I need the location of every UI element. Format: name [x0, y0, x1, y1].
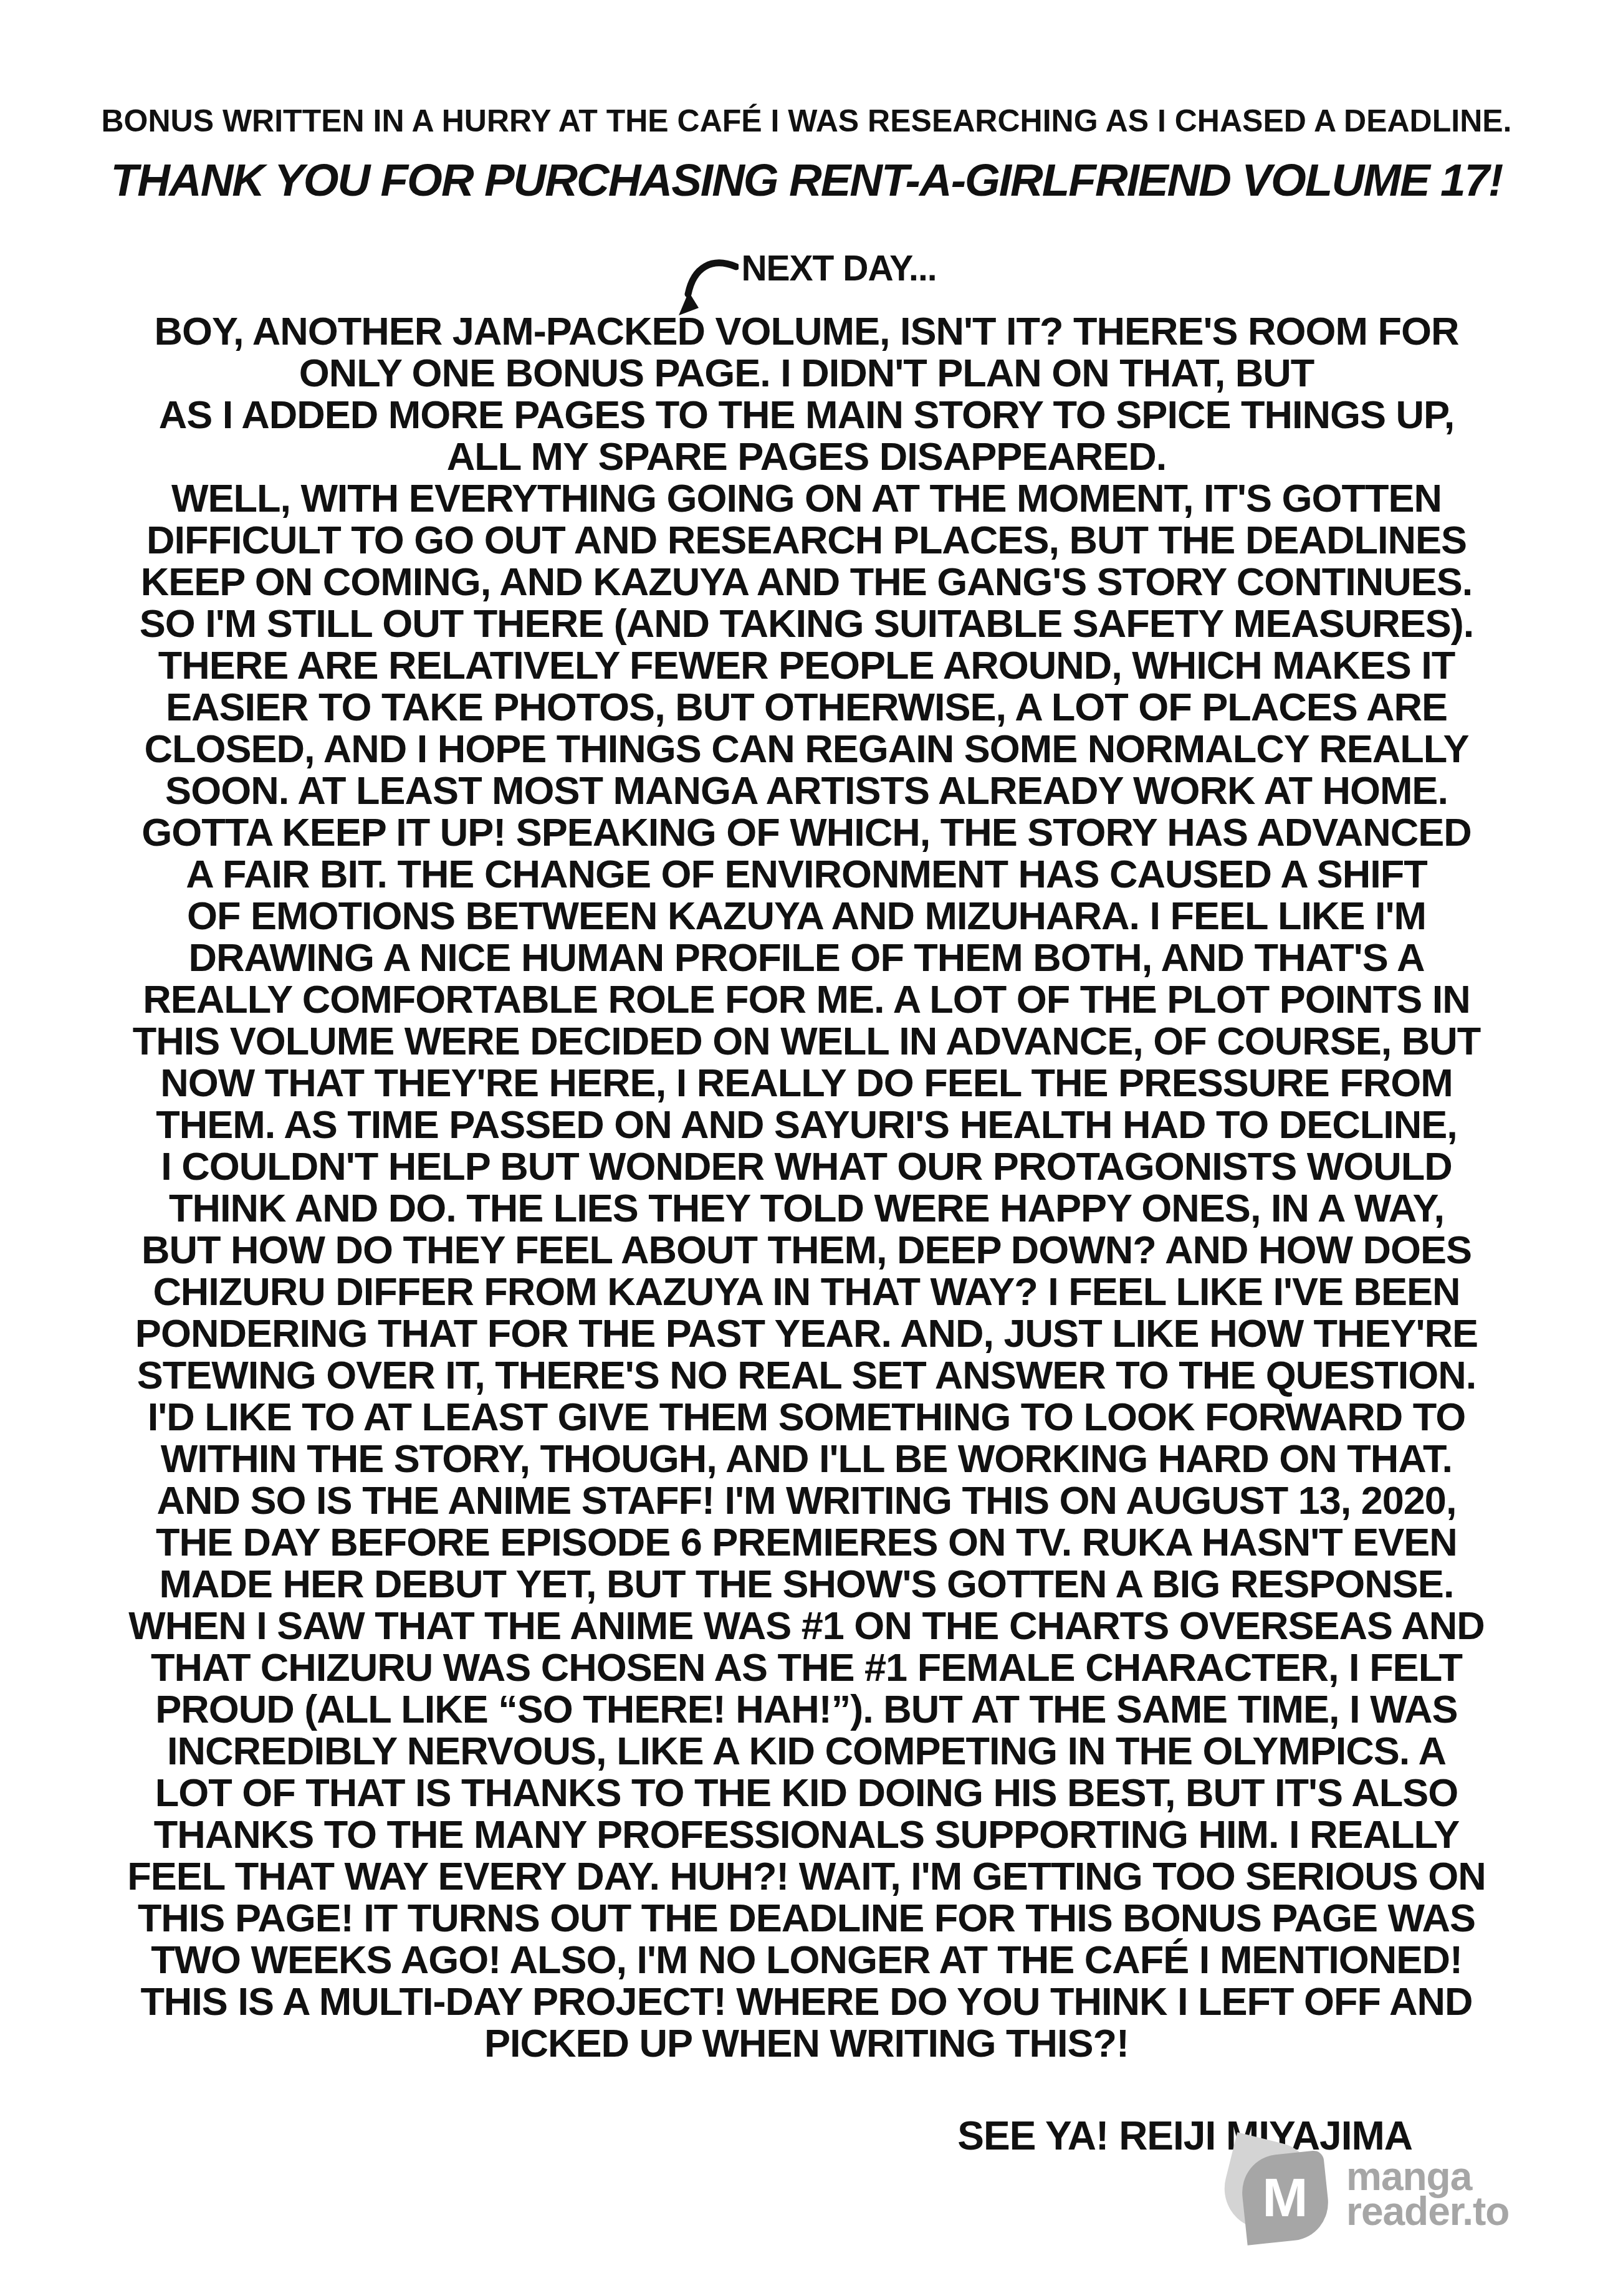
body-line: BOY, ANOTHER JAM-PACKED VOLUME, ISN'T IT…	[37, 311, 1576, 353]
body-line: CHIZURU DIFFER FROM KAZUYA IN THAT WAY? …	[37, 1271, 1576, 1313]
body-line: WELL, WITH EVERYTHING GOING ON AT THE MO…	[37, 478, 1576, 520]
body-line: TWO WEEKS AGO! ALSO, I'M NO LONGER AT TH…	[37, 1940, 1576, 1981]
body-line: THE DAY BEFORE EPISODE 6 PREMIERES ON TV…	[37, 1522, 1576, 1564]
body-line: LOT OF THAT IS THANKS TO THE KID DOING H…	[37, 1772, 1576, 1814]
body-line: REALLY COMFORTABLE ROLE FOR ME. A LOT OF…	[37, 979, 1576, 1021]
body-line: SOON. AT LEAST MOST MANGA ARTISTS ALREAD…	[37, 770, 1576, 812]
body-line: NOW THAT THEY'RE HERE, I REALLY DO FEEL …	[37, 1063, 1576, 1104]
logo-m-letter: M	[1243, 2154, 1328, 2241]
body-line: INCREDIBLY NERVOUS, LIKE A KID COMPETING…	[37, 1731, 1576, 1772]
body-line: STEWING OVER IT, THERE'S NO REAL SET ANS…	[37, 1355, 1576, 1397]
body-line: ALL MY SPARE PAGES DISAPPEARED.	[37, 436, 1576, 478]
body-line: BUT HOW DO THEY FEEL ABOUT THEM, DEEP DO…	[37, 1230, 1576, 1271]
watermark-text: manga reader.to	[1346, 2159, 1509, 2229]
watermark-line2: reader.to	[1346, 2194, 1509, 2229]
manga-bonus-page: BONUS WRITTEN IN A HURRY AT THE CAFÉ I W…	[0, 0, 1613, 2296]
body-line: THEM. AS TIME PASSED ON AND SAYURI'S HEA…	[37, 1104, 1576, 1146]
body-line: THINK AND DO. THE LIES THEY TOLD WERE HA…	[37, 1188, 1576, 1230]
body-line: SO I'M STILL OUT THERE (AND TAKING SUITA…	[37, 603, 1576, 645]
body-line: ONLY ONE BONUS PAGE. I DIDN'T PLAN ON TH…	[37, 353, 1576, 395]
body-line: I'D LIKE TO AT LEAST GIVE THEM SOMETHING…	[37, 1397, 1576, 1438]
body-line: THERE ARE RELATIVELY FEWER PEOPLE AROUND…	[37, 645, 1576, 687]
body-line: WITHIN THE STORY, THOUGH, AND I'LL BE WO…	[37, 1438, 1576, 1480]
page-title: THANK YOU FOR PURCHASING RENT-A-GIRLFRIE…	[19, 155, 1594, 206]
body-line: THAT CHIZURU WAS CHOSEN AS THE #1 FEMALE…	[37, 1647, 1576, 1689]
body-line: DRAWING A NICE HUMAN PROFILE OF THEM BOT…	[37, 937, 1576, 979]
body-line: A FAIR BIT. THE CHANGE OF ENVIRONMENT HA…	[37, 854, 1576, 896]
body-line: THIS VOLUME WERE DECIDED ON WELL IN ADVA…	[37, 1021, 1576, 1063]
body-line: AS I ADDED MORE PAGES TO THE MAIN STORY …	[37, 395, 1576, 436]
body-line: I COULDN'T HELP BUT WONDER WHAT OUR PROT…	[37, 1146, 1576, 1188]
body-line: THIS IS A MULTI-DAY PROJECT! WHERE DO YO…	[37, 1981, 1576, 2023]
body-line: PICKED UP WHEN WRITING THIS?!	[37, 2023, 1576, 2065]
body-line: EASIER TO TAKE PHOTOS, BUT OTHERWISE, A …	[37, 687, 1576, 729]
header-note: BONUS WRITTEN IN A HURRY AT THE CAFÉ I W…	[25, 103, 1588, 139]
body-line: DIFFICULT TO GO OUT AND RESEARCH PLACES,…	[37, 520, 1576, 562]
next-day-label: NEXT DAY...	[741, 248, 936, 289]
afterword-text: BOY, ANOTHER JAM-PACKED VOLUME, ISN'T IT…	[37, 311, 1576, 2065]
body-line: GOTTA KEEP IT UP! SPEAKING OF WHICH, THE…	[37, 812, 1576, 854]
body-line: AND SO IS THE ANIME STAFF! I'M WRITING T…	[37, 1480, 1576, 1522]
body-line: FEEL THAT WAY EVERY DAY. HUH?! WAIT, I'M…	[37, 1856, 1576, 1898]
body-line: WHEN I SAW THAT THE ANIME WAS #1 ON THE …	[37, 1605, 1576, 1647]
body-line: MADE HER DEBUT YET, BUT THE SHOW'S GOTTE…	[37, 1564, 1576, 1605]
mangareader-watermark: M manga reader.to	[1235, 2149, 1509, 2247]
body-line: CLOSED, AND I HOPE THINGS CAN REGAIN SOM…	[37, 729, 1576, 770]
body-line: KEEP ON COMING, AND KAZUYA AND THE GANG'…	[37, 562, 1576, 603]
body-line: PONDERING THAT FOR THE PAST YEAR. AND, J…	[37, 1313, 1576, 1355]
mangareader-logo-icon: M	[1235, 2149, 1334, 2247]
body-line: PROUD (ALL LIKE “SO THERE! HAH!”). BUT A…	[37, 1689, 1576, 1731]
body-line: OF EMOTIONS BETWEEN KAZUYA AND MIZUHARA.…	[37, 896, 1576, 937]
body-line: THIS PAGE! IT TURNS OUT THE DEADLINE FOR…	[37, 1898, 1576, 1940]
body-line: THANKS TO THE MANY PROFESSIONALS SUPPORT…	[37, 1814, 1576, 1856]
